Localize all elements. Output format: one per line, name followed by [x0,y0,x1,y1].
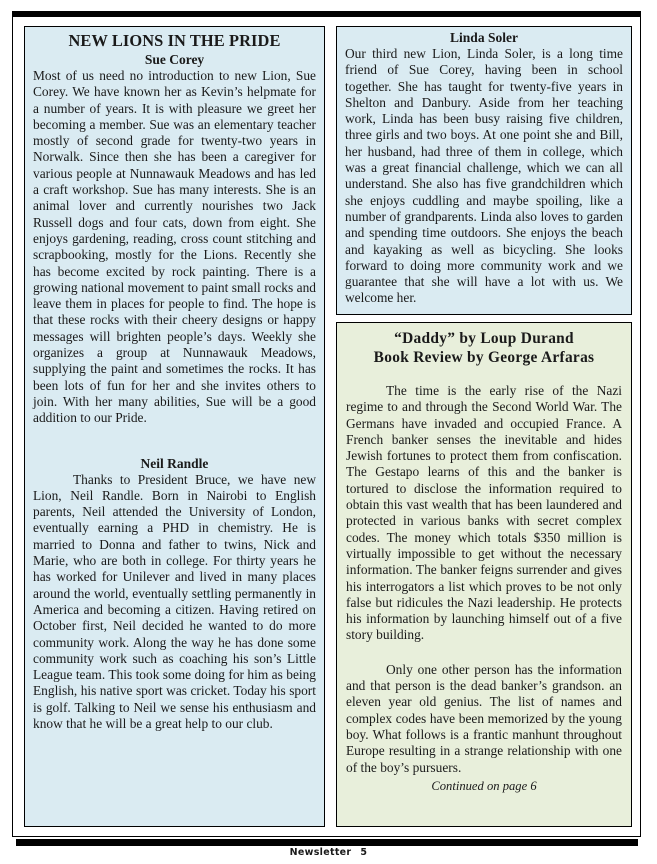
sue-corey-bio: Most of us need no introduction to new L… [33,68,316,427]
book-review-title: “Daddy” by Loup Durand [346,329,622,348]
book-review-box: “Daddy” by Loup Durand Book Review by Ge… [336,322,632,827]
spacer [346,644,622,662]
spacer [346,367,622,383]
new-lions-box: NEW LIONS IN THE PRIDE Sue Corey Most of… [24,26,325,827]
linda-soler-heading: Linda Soler [345,29,623,46]
neil-randle-bio: Thanks to President Bruce, we have new L… [33,472,316,733]
spacer [33,427,316,455]
footer-rule [16,839,638,846]
book-review-paragraph-2: Only one other person has the informatio… [346,662,622,776]
book-review-paragraph-1: The time is the early rise of the Nazi r… [346,383,622,644]
book-review-byline: Book Review by George Arfaras [346,348,622,367]
footer-label: Newsletter [290,847,352,858]
page-footer: Newsletter5 [0,847,657,858]
page-number: 5 [360,847,367,858]
section-title: NEW LIONS IN THE PRIDE [33,31,316,51]
continued-note: Continued on page 6 [346,778,622,794]
linda-soler-bio: Our third new Lion, Linda Soler, is a lo… [345,46,623,307]
sue-corey-heading: Sue Corey [33,51,316,68]
neil-randle-heading: Neil Randle [33,455,316,472]
linda-soler-box: Linda Soler Our third new Lion, Linda So… [336,26,632,315]
